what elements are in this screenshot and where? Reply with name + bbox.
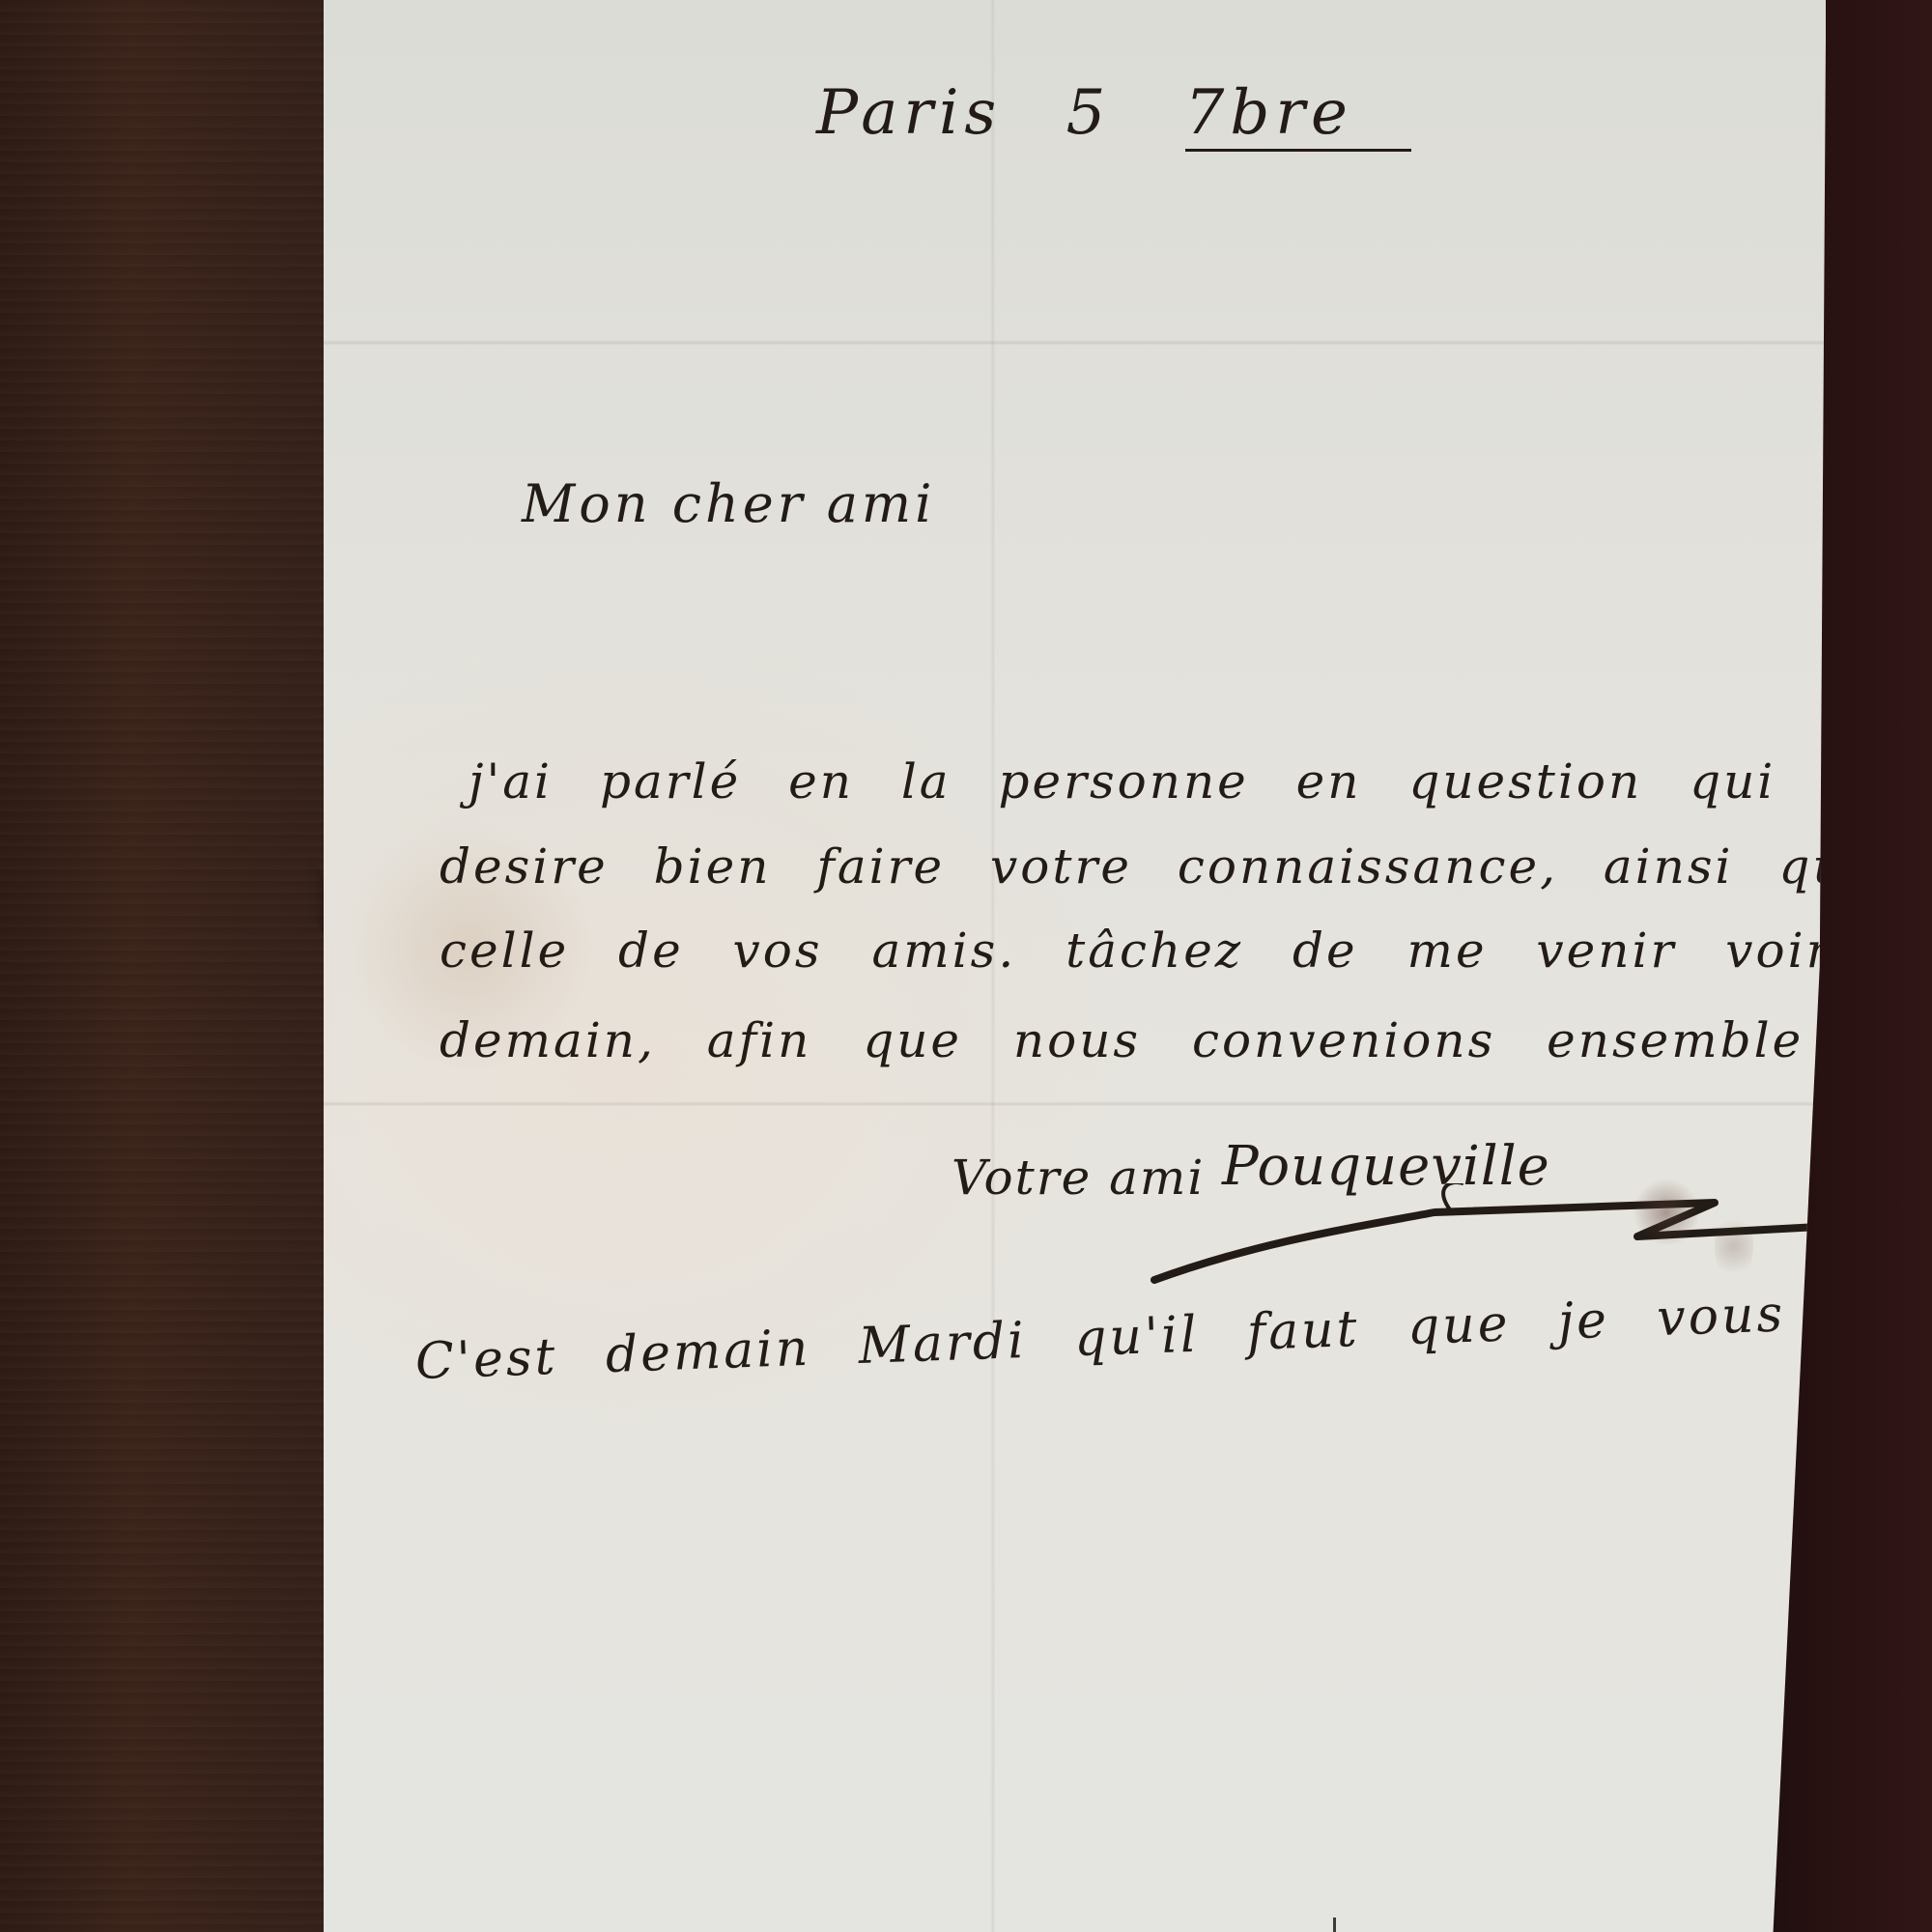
letter-body-line-3: celle de vos amis. tâchez de me venir vo… [440, 923, 1833, 979]
ink-mark [1333, 1918, 1336, 1932]
fold-line-horizontal-middle [324, 1101, 1826, 1107]
letter-body-line-1: j'ai parlé en la personne en question qu… [469, 753, 1776, 810]
wooden-table-background-left [0, 0, 324, 1932]
dateline-month: 7bre [1185, 77, 1411, 152]
letter-dateline: Paris 5 7bre [816, 77, 1411, 152]
dateline-day: 5 [1066, 77, 1112, 149]
dateline-month-text: 7bre [1185, 77, 1353, 149]
letter-paper: Paris 5 7bre Mon cher ami j'ai parlé en … [324, 0, 1826, 1932]
ink-smudge [1633, 1179, 1700, 1246]
letter-postscript: C'est demain Mardi qu'il faut que je vou… [414, 1279, 1932, 1391]
dateline-place: Paris [816, 77, 1002, 149]
ink-smudge [1715, 1212, 1753, 1280]
letter-body-line-2: desire bien faire votre connaissance, ai… [440, 838, 1878, 895]
letter-salutation: Mon cher ami [522, 473, 935, 534]
fold-line-horizontal-upper [324, 340, 1826, 346]
letter-body-line-4: demain, afin que nous convenions ensembl… [440, 1012, 1932, 1068]
